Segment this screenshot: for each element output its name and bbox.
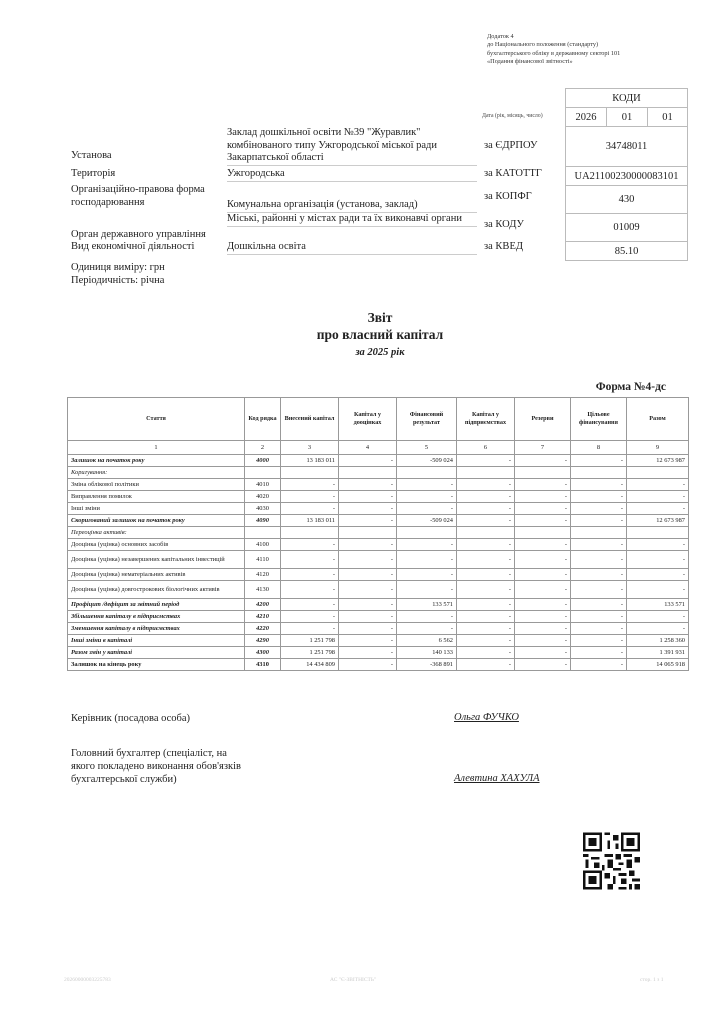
field-value-activity: Дошкільна освіта [227,241,477,255]
row-value: - [627,479,689,491]
row-value: - [339,479,397,491]
field-value-institution: Заклад дошкільної освіти №39 "Журавлик" … [227,127,477,166]
row-value: - [627,611,689,623]
code-kopfg: 430 [566,186,688,214]
row-value: - [515,551,571,569]
row-value: - [457,581,515,599]
row-value: 133 571 [627,599,689,611]
row-value: - [457,551,515,569]
field-label-activity: Вид економічної діяльності [71,241,194,254]
row-value [571,527,627,539]
table-row: Інші зміни4030------- [68,503,689,515]
column-header: Капітал у дооцінках [339,398,397,441]
row-value: - [515,581,571,599]
row-label: Інші зміни в капіталі [68,635,245,647]
row-value: - [571,503,627,515]
row-value: - [457,635,515,647]
equity-table: СтаттяКод рядкаВнесений капіталКапітал у… [67,397,689,671]
column-header: Разом [627,398,689,441]
row-value: - [457,503,515,515]
row-value [397,467,457,479]
table-row: Скоригований залишок на початок року4090… [68,515,689,527]
row-value: - [281,599,339,611]
row-value: - [397,479,457,491]
field-value-legal-form: Комунальна організація (установа, заклад… [227,199,477,213]
column-header: Внесений капітал [281,398,339,441]
field-label-authority: Орган державного управління [71,229,206,242]
column-number: 9 [627,441,689,455]
row-value: 140 133 [397,647,457,659]
code-kodu: 01009 [566,214,688,242]
row-label: Переоцінка активів: [68,527,245,539]
column-header: Капітал у підприємствах [457,398,515,441]
field-label-territory: Територія [71,168,115,181]
row-value: - [457,569,515,581]
code-label-edrpou: за ЄДРПОУ [484,140,537,151]
row-value [627,467,689,479]
row-value [571,467,627,479]
row-value [339,467,397,479]
column-number: 1 [68,441,245,455]
table-row: Дооцінка (уцінка) довгострокових біологі… [68,581,689,599]
table-row: Зменшення капіталу в підприємствах4220--… [68,623,689,635]
row-value: - [281,539,339,551]
row-value: - [281,503,339,515]
row-value: - [339,455,397,467]
row-value: 12 673 987 [627,455,689,467]
column-header: Фінансовий результат [397,398,457,441]
report-subtitle: про власний капітал [280,327,480,343]
row-code: 4120 [245,569,281,581]
row-value: - [397,611,457,623]
row-value: - [339,515,397,527]
signature-name-director: Ольга ФУЧКО [454,712,519,723]
date-month: 01 [607,108,648,127]
row-value: - [457,599,515,611]
row-value: - [457,491,515,503]
column-header: Цільове фінансування [571,398,627,441]
row-value: - [457,539,515,551]
report-period: за 2025 рік [280,347,480,358]
row-value: - [281,611,339,623]
report-title: Звіт [280,310,480,326]
column-number: 5 [397,441,457,455]
row-value: - [457,659,515,671]
row-value: -509 024 [397,455,457,467]
row-label: Дооцінка (уцінка) нематеріальних активів [68,569,245,581]
row-label: Коригування: [68,467,245,479]
row-value [457,467,515,479]
row-value: - [515,611,571,623]
row-value: - [397,623,457,635]
row-value: - [515,599,571,611]
row-value: - [457,611,515,623]
row-value: - [397,581,457,599]
row-value: - [515,659,571,671]
row-value: - [571,599,627,611]
row-value: - [339,503,397,515]
field-label-institution: Установа [71,150,112,163]
row-value: - [457,479,515,491]
column-number: 2 [245,441,281,455]
column-header: Код рядка [245,398,281,441]
row-value: - [281,623,339,635]
row-label: Збільшення капіталу в підприємствах [68,611,245,623]
row-value: - [515,491,571,503]
row-value: - [515,635,571,647]
row-label: Залишок на кінець року [68,659,245,671]
row-code: 4010 [245,479,281,491]
row-value: - [515,539,571,551]
row-code: 4030 [245,503,281,515]
row-code: 4290 [245,635,281,647]
row-value: - [339,635,397,647]
row-value: 1 391 931 [627,647,689,659]
row-value: 14 065 918 [627,659,689,671]
footer-doc-id: 20260000003225783 [64,977,111,983]
table-row: Збільшення капіталу в підприємствах4210-… [68,611,689,623]
row-value: - [571,455,627,467]
signature-name-accountant: Алевтина ХАХУЛА [454,773,540,784]
column-number: 6 [457,441,515,455]
row-value [281,467,339,479]
row-code: 4090 [245,515,281,527]
row-label: Разом змін у капіталі [68,647,245,659]
table-row: Залишок на початок року400013 183 011--5… [68,455,689,467]
row-value: - [627,491,689,503]
row-value: - [457,623,515,635]
row-code: 4220 [245,623,281,635]
row-value: - [571,635,627,647]
row-value: - [627,551,689,569]
table-row: Переоцінка активів: [68,527,689,539]
qr-code-icon [583,832,640,890]
row-value: - [339,551,397,569]
row-value: - [571,581,627,599]
row-value [281,527,339,539]
row-label: Залишок на початок року [68,455,245,467]
row-label: Інші зміни [68,503,245,515]
row-value: - [571,647,627,659]
row-value: - [515,515,571,527]
row-value: - [339,539,397,551]
row-value: - [339,623,397,635]
row-value: 12 673 987 [627,515,689,527]
row-label: Скоригований залишок на початок року [68,515,245,527]
appendix-line: бухгалтерського обліку в державному сект… [487,50,620,58]
appendix-line: «Подання фінансової звітності» [487,58,620,66]
row-value: - [571,491,627,503]
row-code: 4130 [245,581,281,599]
footer-page: стор. 1 з 1 [640,977,663,983]
code-katottg: UA21100230000083101 [566,167,688,186]
form-number: Форма №4-дс [596,381,666,393]
row-value: - [515,623,571,635]
row-value: - [627,623,689,635]
row-value: - [339,569,397,581]
table-row: Дооцінка (уцінка) основних засобів4100--… [68,539,689,551]
code-label-kopfg: за КОПФГ [484,191,532,202]
field-value-authority: Міські, районні у містах ради та їх вико… [227,213,477,227]
code-kved: 85.10 [566,242,688,261]
row-code: 4000 [245,455,281,467]
code-label-kodu: за КОДУ [484,219,524,230]
column-number: 8 [571,441,627,455]
row-value: - [339,491,397,503]
table-row: Виправлення помилок4020------- [68,491,689,503]
row-value [515,467,571,479]
field-label-legal-form: Організаційно-правова форма господарюван… [71,184,221,209]
row-code: 4020 [245,491,281,503]
code-label-kved: за КВЕД [484,241,523,252]
row-value: -509 024 [397,515,457,527]
table-row: Профіцит /дефіцит за звітний період4200-… [68,599,689,611]
code-edrpou: 34748011 [566,127,688,167]
row-value: - [515,569,571,581]
row-value: - [457,455,515,467]
row-label: Зменшення капіталу в підприємствах [68,623,245,635]
row-value: 1 258 360 [627,635,689,647]
row-value: - [397,569,457,581]
row-value: - [397,491,457,503]
row-value: - [339,581,397,599]
table-row: Інші зміни в капіталі42901 251 798-6 562… [68,635,689,647]
row-code: 4300 [245,647,281,659]
row-value [339,527,397,539]
appendix-note: Додаток 4 до Національного положення (ст… [487,33,620,66]
appendix-line: до Національного положення (стандарту) [487,41,620,49]
codes-header: КОДИ [566,89,688,108]
table-row: Зміна облікової політики4010------- [68,479,689,491]
row-value: - [339,599,397,611]
row-value: - [571,569,627,581]
row-value: - [515,479,571,491]
table-body: Залишок на початок року400013 183 011--5… [68,455,689,671]
row-value: - [397,539,457,551]
table-header-row: СтаттяКод рядкаВнесений капіталКапітал у… [68,398,689,441]
row-value: - [339,659,397,671]
row-value: 13 183 011 [281,515,339,527]
unit-of-measure: Одиниця виміру: грн [71,262,165,275]
row-value: 133 571 [397,599,457,611]
row-value: - [515,503,571,515]
footer-system: АС "Є-ЗВІТНІСТЬ" [330,977,376,983]
row-value: - [571,539,627,551]
row-value [397,527,457,539]
row-label: Дооцінка (уцінка) незавершених капітальн… [68,551,245,569]
date-day: 01 [648,108,688,127]
row-value: -368 891 [397,659,457,671]
row-value: - [339,611,397,623]
row-value: - [571,479,627,491]
row-value: - [457,647,515,659]
row-value: - [571,611,627,623]
row-value: 6 562 [397,635,457,647]
row-value: - [281,569,339,581]
row-value: - [397,551,457,569]
column-header: Резерви [515,398,571,441]
row-label: Профіцит /дефіцит за звітний період [68,599,245,611]
column-number: 3 [281,441,339,455]
column-number: 4 [339,441,397,455]
row-code: 4200 [245,599,281,611]
row-value: - [627,569,689,581]
table-row: Дооцінка (уцінка) незавершених капітальн… [68,551,689,569]
row-code: 4210 [245,611,281,623]
signature-label-director: Керівник (посадова особа) [71,712,190,725]
row-value: - [571,551,627,569]
row-value: - [339,647,397,659]
row-value: - [571,623,627,635]
table-row: Разом змін у капіталі43001 251 798-140 1… [68,647,689,659]
row-value: 14 434 809 [281,659,339,671]
codes-box: КОДИ 2026 01 01 34748011 UA2110023000008… [565,88,688,261]
row-value: - [281,551,339,569]
row-label: Дооцінка (уцінка) основних засобів [68,539,245,551]
row-value [457,527,515,539]
row-label: Дооцінка (уцінка) довгострокових біологі… [68,581,245,599]
field-value-territory: Ужгородська [227,168,477,182]
column-number: 7 [515,441,571,455]
date-year: 2026 [566,108,607,127]
row-value: - [627,503,689,515]
row-value: 1 251 798 [281,647,339,659]
row-code [245,527,281,539]
column-header: Стаття [68,398,245,441]
table-row: Залишок на кінець року431014 434 809--36… [68,659,689,671]
periodicity: Періодичність: річна [71,275,164,288]
row-value: - [515,455,571,467]
row-value: - [281,581,339,599]
row-value [515,527,571,539]
code-label-katottg: за КАТОТТГ [484,168,542,179]
row-value [627,527,689,539]
date-label: Дата (рік, місяць, число) [482,113,543,119]
row-value: - [457,515,515,527]
row-code [245,467,281,479]
row-value: - [281,491,339,503]
table-row: Дооцінка (уцінка) нематеріальних активів… [68,569,689,581]
appendix-line: Додаток 4 [487,33,620,41]
row-code: 4310 [245,659,281,671]
row-value: - [571,659,627,671]
row-value: - [627,539,689,551]
row-value: 13 183 011 [281,455,339,467]
row-value: - [627,581,689,599]
row-value: - [281,479,339,491]
row-code: 4110 [245,551,281,569]
row-value: - [571,515,627,527]
row-code: 4100 [245,539,281,551]
row-label: Виправлення помилок [68,491,245,503]
row-value: 1 251 798 [281,635,339,647]
column-number-row: 123456789 [68,441,689,455]
row-value: - [397,503,457,515]
row-label: Зміна облікової політики [68,479,245,491]
table-row: Коригування: [68,467,689,479]
row-value: - [515,647,571,659]
signature-label-accountant: Головний бухгалтер (спеціаліст, на якого… [71,747,241,786]
